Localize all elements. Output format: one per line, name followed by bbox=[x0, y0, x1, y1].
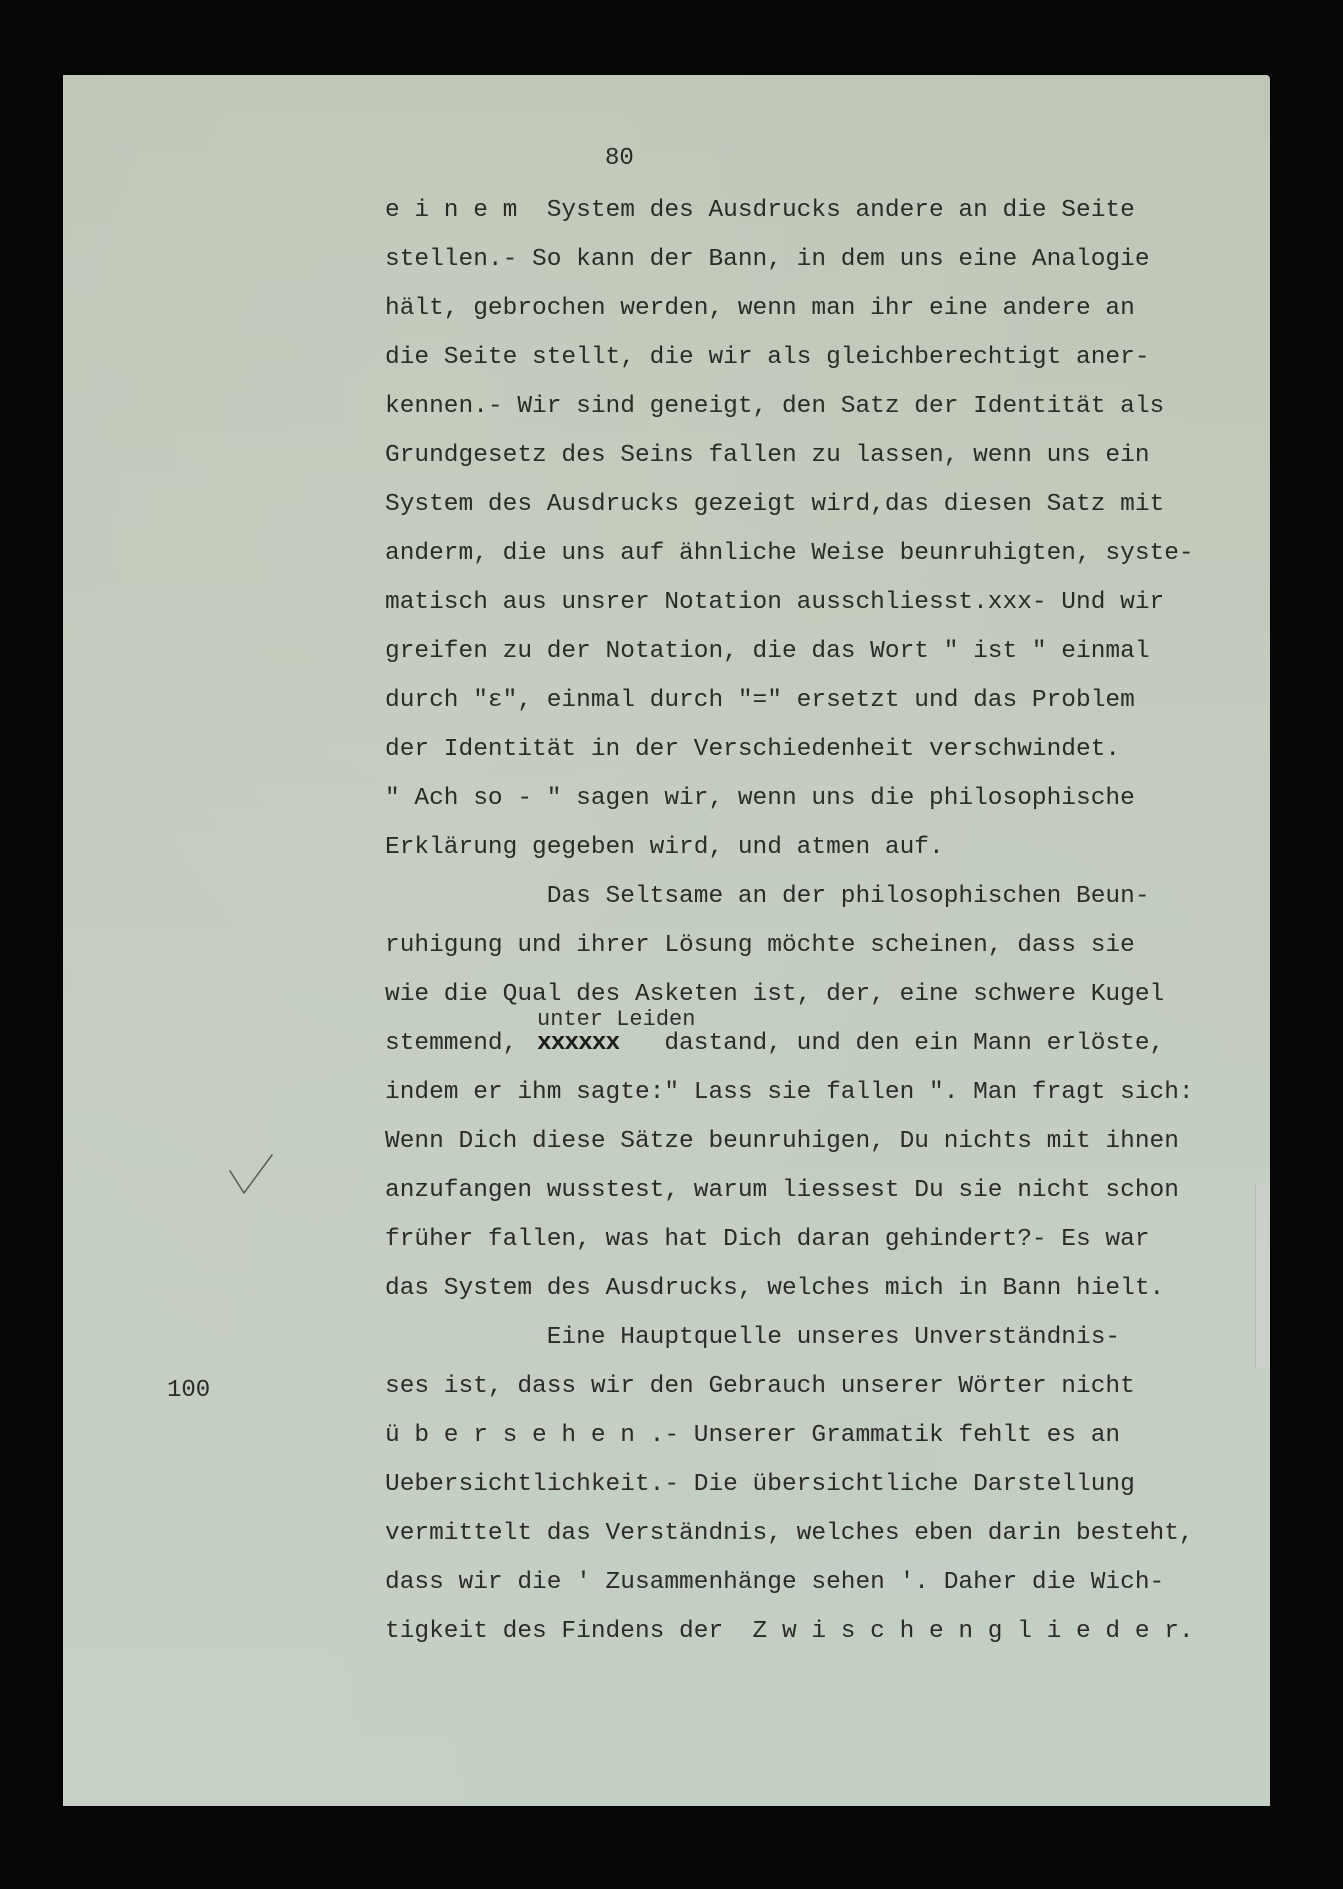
text-line: Erklärung gegeben wird, und atmen auf. bbox=[385, 834, 944, 862]
text-line: die Seite stellt, die wir als gleichbere… bbox=[385, 344, 1150, 372]
text-line: stemmend, dastand, und den ein Mann erlö… bbox=[385, 1030, 1164, 1058]
text-line: greifen zu der Notation, die das Wort " … bbox=[385, 638, 1150, 666]
text-line: wie die Qual des Asketen ist, der, eine … bbox=[385, 981, 1164, 1009]
text-line: e i n e m System des Ausdrucks andere an… bbox=[385, 197, 1135, 225]
text-line: anderm, die uns auf ähnliche Weise beunr… bbox=[385, 540, 1194, 568]
page-number: 80 bbox=[605, 145, 634, 172]
text-line: dass wir die ' Zusammenhänge sehen '. Da… bbox=[385, 1569, 1164, 1597]
text-line: kennen.- Wir sind geneigt, den Satz der … bbox=[385, 393, 1164, 421]
text-line: stellen.- So kann der Bann, in dem uns e… bbox=[385, 246, 1150, 274]
text-line: Uebersichtlichkeit.- Die übersichtliche … bbox=[385, 1471, 1135, 1499]
text-line: hält, gebrochen werden, wenn man ihr ein… bbox=[385, 295, 1135, 323]
text-line: System des Ausdrucks gezeigt wird,das di… bbox=[385, 491, 1164, 519]
interlinear-insertion: unter Leiden bbox=[537, 1007, 695, 1032]
text-line: matisch aus unsrer Notation ausschliesst… bbox=[385, 589, 1164, 617]
checkmark-icon bbox=[226, 1153, 276, 1203]
text-line: anzufangen wusstest, warum liessest Du s… bbox=[385, 1177, 1179, 1205]
text-line: Das Seltsame an der philosophischen Beun… bbox=[385, 883, 1150, 911]
text-line: tigkeit des Findens der Z w i s c h e n … bbox=[385, 1618, 1194, 1646]
typescript-page: 80 e i n e m System des Ausdrucks andere… bbox=[63, 75, 1270, 1806]
text-line: ses ist, dass wir den Gebrauch unserer W… bbox=[385, 1373, 1135, 1401]
text-line: Eine Hauptquelle unseres Unverständnis- bbox=[385, 1324, 1120, 1352]
text-line: das System des Ausdrucks, welches mich i… bbox=[385, 1275, 1164, 1303]
text-line: indem er ihm sagte:" Lass sie fallen ". … bbox=[385, 1079, 1194, 1107]
text-line: durch "ε", einmal durch "=" ersetzt und … bbox=[385, 687, 1135, 715]
margin-number: 100 bbox=[167, 1377, 210, 1404]
text-line: " Ach so - " sagen wir, wenn uns die phi… bbox=[385, 785, 1135, 813]
text-line: Wenn Dich diese Sätze beunruhigen, Du ni… bbox=[385, 1128, 1179, 1156]
text-line: ruhigung und ihrer Lösung möchte scheine… bbox=[385, 932, 1135, 960]
text-line: vermittelt das Verständnis, welches eben… bbox=[385, 1520, 1194, 1548]
text-line: Grundgesetz des Seins fallen zu lassen, … bbox=[385, 442, 1150, 470]
tape-patch bbox=[1255, 1183, 1270, 1368]
text-line: der Identität in der Verschiedenheit ver… bbox=[385, 736, 1120, 764]
text-line: früher fallen, was hat Dich daran gehind… bbox=[385, 1226, 1150, 1254]
text-line: ü b e r s e h e n .- Unserer Grammatik f… bbox=[385, 1422, 1120, 1450]
